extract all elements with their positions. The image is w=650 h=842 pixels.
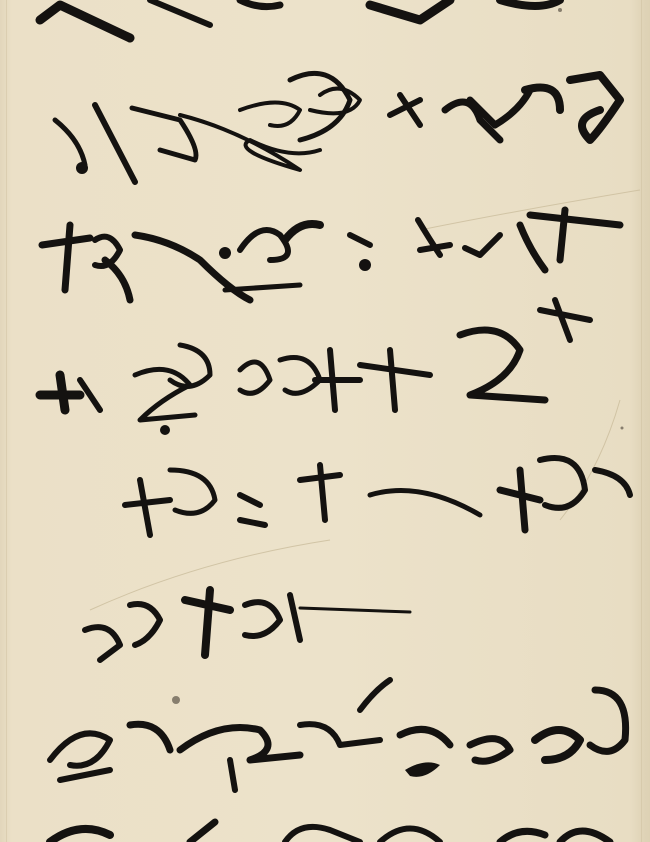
row-3-characters (42, 210, 620, 300)
row-5-characters (125, 458, 630, 535)
row-6-characters (85, 590, 410, 660)
calligraphy-scroll (0, 0, 650, 842)
ink-strokes (0, 0, 650, 842)
row-2-characters (55, 73, 620, 182)
row-4-characters (40, 300, 590, 435)
row-7-characters (50, 680, 626, 790)
row-8-characters (50, 822, 610, 842)
row-1-characters (40, 0, 560, 38)
